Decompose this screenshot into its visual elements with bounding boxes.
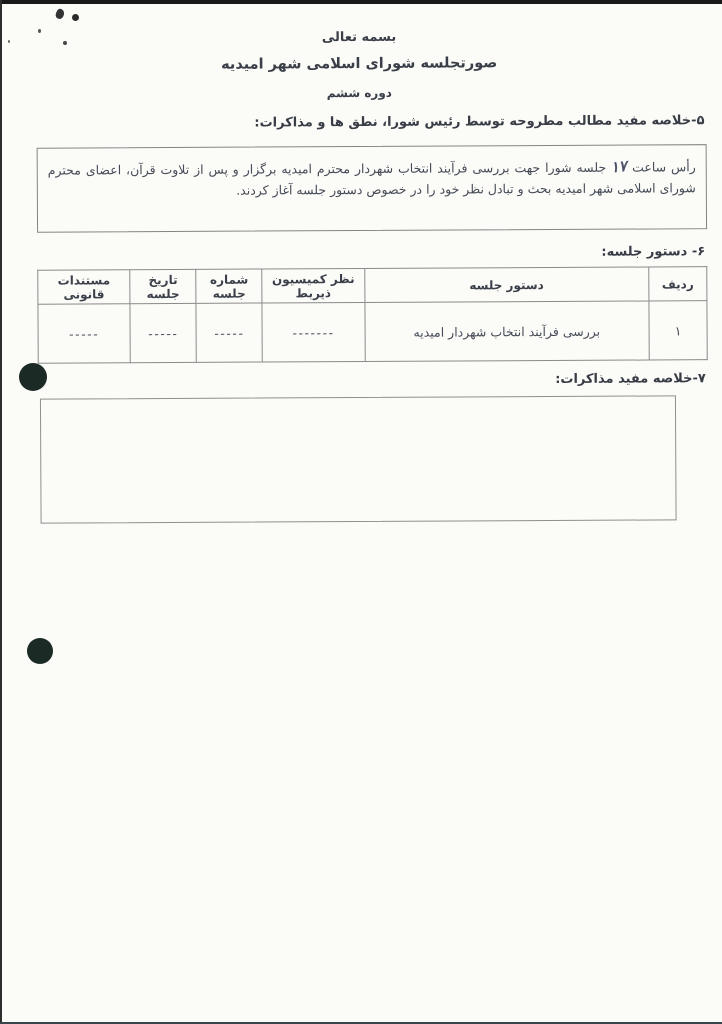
col-header-meeting-number: شماره جلسه [196,269,262,303]
agenda-header-row: ردیف دستور جلسه نظر کمیسیون ذیربط شماره … [38,267,707,305]
cell-commission-opinion: ------- [262,302,364,362]
agenda-table: ردیف دستور جلسه نظر کمیسیون ذیربط شماره … [37,266,707,364]
cell-legal-documents: ----- [38,304,130,363]
document-title: صورتجلسه شورای اسلامی شهر امیدیه [0,54,720,74]
bismillah-line: بسمه تعالی [0,28,720,47]
section5-summary-box: رأس ساعت ۱۷ جلسه شورا جهت بررسی فرآیند ا… [37,144,707,233]
section7-empty-box [40,395,677,523]
hole-punch-mark [19,363,47,391]
handwritten-time: ۱۷ [610,156,628,179]
agenda-data-row: ۱ بررسی فرآیند انتخاب شهردار امیدیه ----… [38,301,707,364]
col-header-commission-opinion: نظر کمیسیون ذیربط [262,268,364,303]
section6-heading: ۶- دستور جلسه: [601,244,705,260]
council-term: دوره ششم [0,84,720,102]
hole-punch-mark [27,638,53,664]
col-header-legal-documents: مستندات قانونی [38,270,130,304]
scanned-meeting-minutes-page: { "doc": { "header": { "bismillah": "بسم… [0,0,722,1024]
cell-meeting-date: ----- [130,303,196,362]
col-header-row-number: ردیف [649,267,707,301]
col-header-meeting-date: تاریخ جلسه [130,269,196,303]
cell-meeting-number: ----- [196,303,262,362]
cell-row-number: ۱ [649,301,707,360]
summary-text-suffix: جلسه شورا جهت بررسی فرآیند انتخاب شهردار… [48,160,696,198]
section5-heading: ۵-خلاصه مفید مطالب مطروحه توسط رئیس شورا… [254,113,704,130]
cell-agenda-item: بررسی فرآیند انتخاب شهردار امیدیه [364,301,649,361]
section7-heading: ۷-خلاصه مفید مذاکرات: [555,371,706,387]
col-header-agenda-item: دستور جلسه [364,267,649,302]
summary-text-prefix: رأس ساعت [627,159,696,174]
document-content: بسمه تعالی صورتجلسه شورای اسلامی شهر امی… [0,0,722,1024]
